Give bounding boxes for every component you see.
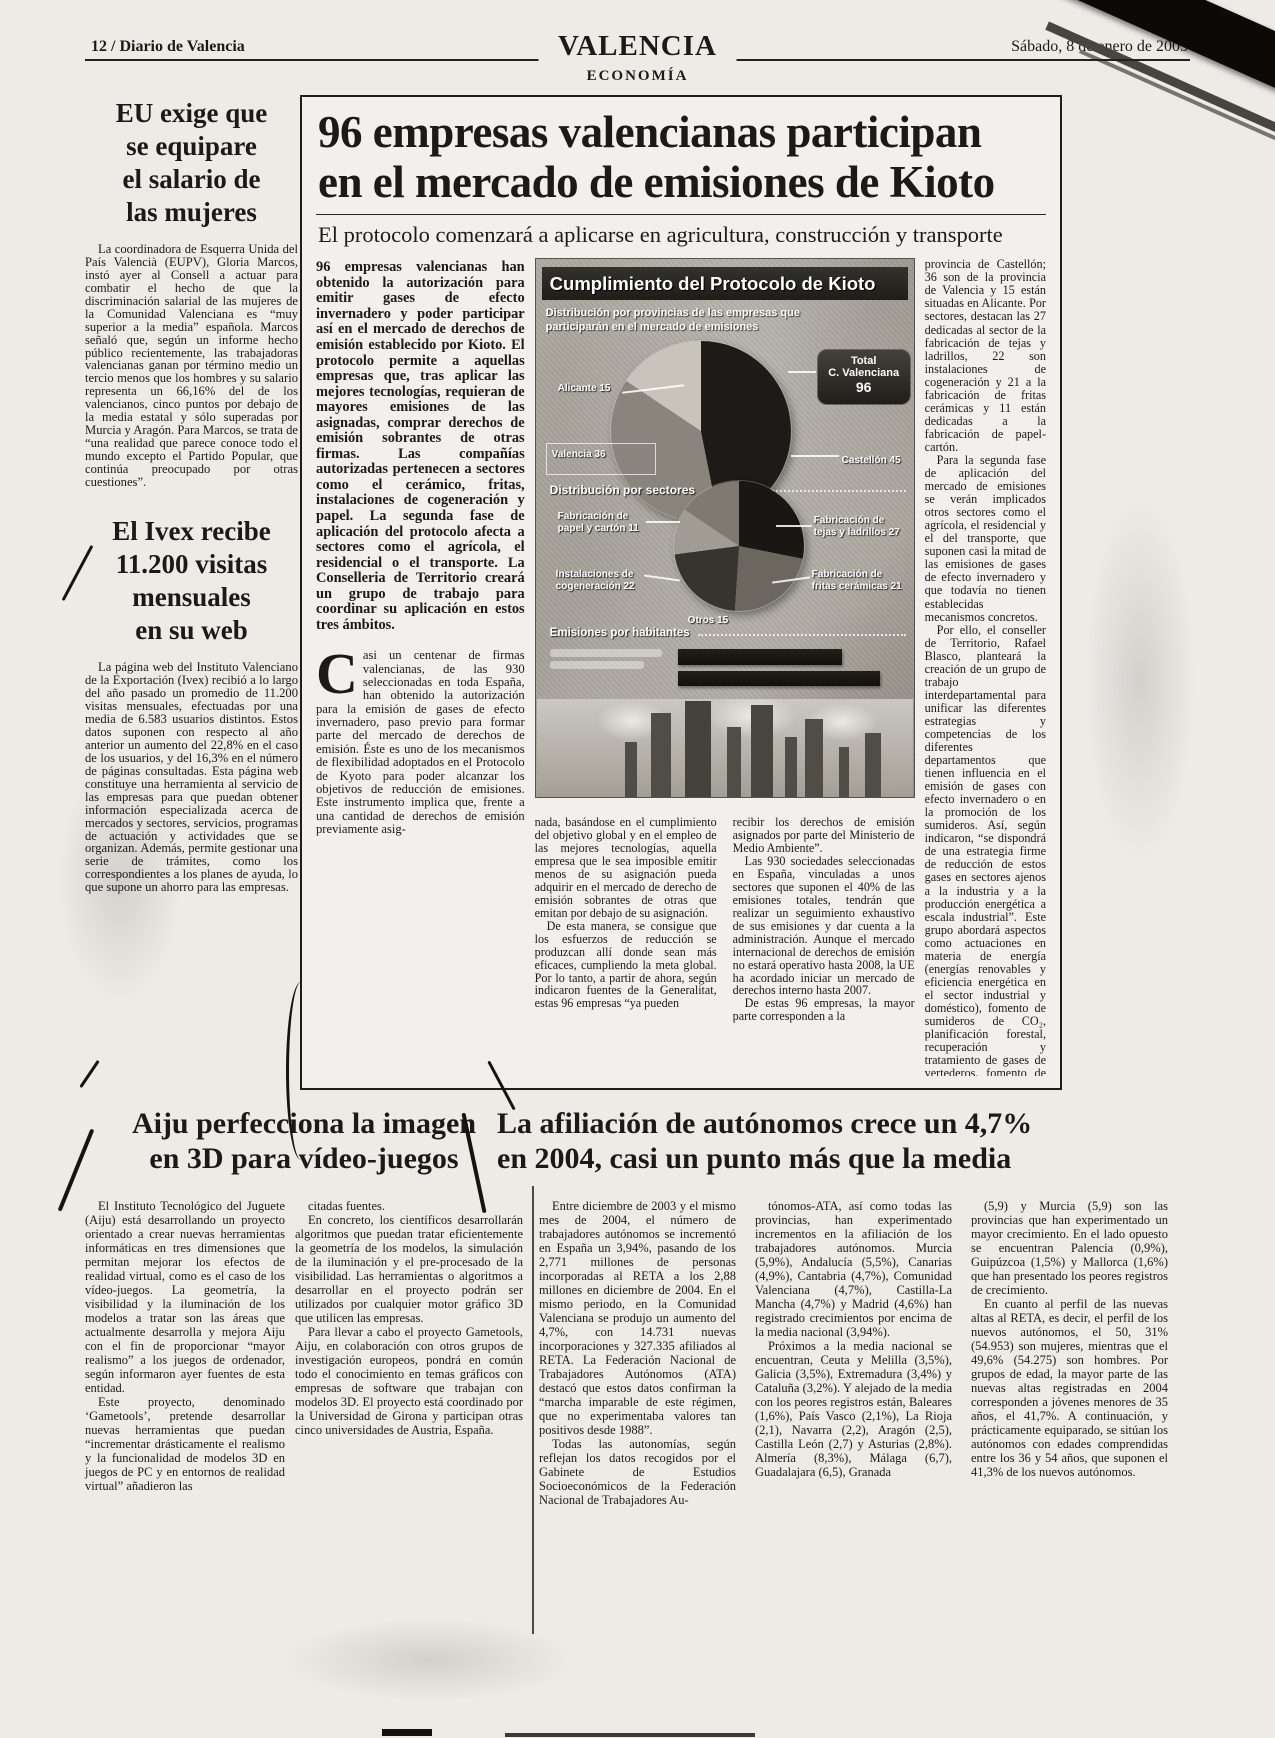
main-article-kioto: 96 empresas valencianas participan en el… — [300, 95, 1062, 1090]
chimney — [685, 701, 711, 797]
leader-line — [791, 455, 839, 457]
text-paragraph: Para la segunda fase de aplicación del m… — [925, 454, 1046, 624]
article-ivex: El Ivex recibe 11.200 visitas mensuales … — [85, 515, 298, 894]
kioto-middle-column: Cumplimiento del Protocolo de Kioto Dist… — [535, 258, 915, 1076]
masthead-subsection: ECONOMÍA — [587, 68, 689, 85]
autonomos-columns: Entre diciembre de 2003 y el mismo mes d… — [539, 1199, 1170, 1507]
bottom-section: Aiju perfecciona la imagen en 3D para ví… — [85, 1100, 1170, 1660]
article-aiju: Aiju perfecciona la imagen en 3D para ví… — [85, 1106, 523, 1493]
kioto-right-column: provincia de Castellón; 36 son de la pro… — [925, 258, 1046, 1076]
headline-line: se equipare — [85, 130, 298, 163]
leader-line — [788, 371, 816, 373]
text-paragraph: tónomos-ATA, así como todas las provinci… — [755, 1199, 952, 1339]
headline-line: 11.200 visitas — [85, 548, 298, 581]
aiju-columns: El Instituto Tecnológico del Juguete (Ai… — [85, 1199, 523, 1493]
leader-line — [644, 575, 680, 581]
pie-label-cogeneracion: Instalaciones de cogeneración 22 — [556, 569, 644, 592]
scan-artifact — [382, 1729, 432, 1736]
pie-label-papel: Fabricación de papel y cartón 11 — [558, 511, 644, 534]
autonomos-headline: La afiliación de autónomos crece un 4,7%… — [497, 1106, 1170, 1177]
newspaper-page: 12 / Diario de Valencia VALENCIA Sábado,… — [0, 0, 1275, 1738]
kioto-lead-paragraph: 96 empresas valencianas han obtenido la … — [316, 260, 525, 633]
text-paragraph: recibir los derechos de emisión asignado… — [733, 816, 915, 855]
infographic-subtitle: Distribución por provincias de las empre… — [546, 307, 846, 335]
headline-line: en el mercado de emisiones de Kioto — [318, 157, 1046, 207]
pie-label-otros: Otros 15 — [688, 615, 729, 627]
kioto-lead-column: 96 empresas valencianas han obtenido la … — [316, 258, 525, 1076]
chimney — [751, 705, 773, 797]
kioto-columns: 96 empresas valencianas han obtenido la … — [316, 258, 1046, 1076]
infographic-title: Cumplimiento del Protocolo de Kioto — [550, 273, 876, 295]
text-paragraph: Próximos a la media nacional se encuentr… — [755, 1339, 952, 1479]
headline-line: 96 empresas valencianas participan — [318, 107, 1046, 157]
text-paragraph: El Instituto Tecnológico del Juguete (Ai… — [85, 1199, 285, 1395]
leader-line — [776, 525, 812, 527]
kioto-subheadline: El protocolo comenzará a aplicarse en ag… — [318, 222, 1046, 248]
headline-line: EU exige que — [85, 97, 298, 130]
pie-label-castellon: Castellón 45 — [842, 455, 912, 467]
chimney — [625, 742, 637, 797]
autonomos-column-3: (5,9) y Murcia (5,9) son las provincias … — [971, 1199, 1168, 1507]
kioto-under-column-1: nada, basándose en el cumplimiento del o… — [535, 816, 717, 1066]
chimney — [727, 727, 741, 797]
text-paragraph: provincia de Castellón; 36 son de la pro… — [925, 258, 1046, 454]
headline-line: mensuales — [85, 581, 298, 614]
article-autonomos: La afiliación de autónomos crece un 4,7%… — [497, 1106, 1170, 1507]
pen-mark — [79, 1060, 99, 1088]
headline-line: La afiliación de autónomos crece un 4,7% — [497, 1106, 1170, 1141]
headline-rule — [316, 214, 1046, 216]
text-paragraph: Este proyecto, denominado ‘Gametools’, p… — [85, 1395, 285, 1493]
chimney — [839, 747, 849, 797]
chimney — [805, 719, 823, 797]
chimney — [651, 713, 671, 797]
masthead-section-title: VALENCIA — [538, 30, 737, 63]
illegible-caption-line — [550, 661, 644, 669]
chimney — [865, 733, 881, 797]
kioto-headline: 96 empresas valencianas participan en el… — [318, 107, 1046, 208]
headline-line: el salario de — [85, 163, 298, 196]
autonomos-column-1: Entre diciembre de 2003 y el mismo mes d… — [539, 1199, 736, 1507]
masthead-page-info: 12 / Diario de Valencia — [91, 38, 245, 56]
total-box-line1: Total — [818, 355, 910, 367]
emissions-bar — [678, 649, 842, 665]
chimney — [785, 737, 797, 797]
text-paragraph: De estas 96 empresas, la mayor parte cor… — [733, 997, 915, 1023]
article-eu-salario: EU exige que se equipare el salario de l… — [85, 97, 298, 489]
text-paragraph: (5,9) y Murcia (5,9) son las provincias … — [971, 1199, 1168, 1297]
kioto-infographic: Cumplimiento del Protocolo de Kioto Dist… — [535, 258, 915, 798]
headline-line: en 2004, casi un punto más que la media — [497, 1141, 1170, 1176]
headline-line: en su web — [85, 614, 298, 647]
eu-body: La coordinadora de Esquerra Unida del Pa… — [85, 243, 298, 489]
left-rail: EU exige que se equipare el salario de l… — [85, 97, 298, 894]
total-box-value: 96 — [818, 379, 910, 395]
kioto-under-columns: nada, basándose en el cumplimiento del o… — [535, 816, 915, 1066]
text-paragraph: En concreto, los científicos desarrollar… — [295, 1213, 523, 1325]
illegible-caption-line — [550, 649, 662, 657]
emissions-section-title: Emisiones por habitantes — [550, 627, 690, 639]
eu-headline: EU exige que se equipare el salario de l… — [85, 97, 298, 229]
text-paragraph: Entre diciembre de 2003 y el mismo mes d… — [539, 1199, 736, 1437]
text-paragraph: citadas fuentes. — [295, 1199, 523, 1213]
text-paragraph: Las 930 sociedades seleccionadas en Espa… — [733, 855, 915, 997]
headline-line: las mujeres — [85, 196, 298, 229]
aiju-column-2: citadas fuentes. En concreto, los cientí… — [295, 1199, 523, 1493]
pie-label-fritas: Fabricación de fritas cerámicas 21 — [812, 569, 908, 592]
drop-cap: C — [316, 649, 363, 697]
emissions-bar — [678, 671, 880, 686]
headline-line: El Ivex recibe — [85, 515, 298, 548]
industry-photo — [537, 699, 913, 797]
sectors-section-title: Distribución por sectores — [550, 483, 695, 497]
kioto-under-column-2: recibir los derechos de emisión asignado… — [733, 816, 915, 1066]
text-paragraph: De esta manera, se consigue que los esfu… — [535, 920, 717, 1011]
masthead: 12 / Diario de Valencia VALENCIA Sábado,… — [85, 30, 1190, 88]
aiju-column-1: El Instituto Tecnológico del Juguete (Ai… — [85, 1199, 285, 1493]
masthead-row: 12 / Diario de Valencia VALENCIA Sábado,… — [85, 30, 1190, 64]
total-box-line2: C. Valenciana — [818, 367, 910, 379]
text-paragraph: nada, basándose en el cumplimiento del o… — [535, 816, 717, 920]
autonomos-column-2: tónomos-ATA, así como todas las provinci… — [755, 1199, 952, 1507]
dotted-rule — [698, 634, 906, 636]
ivex-headline: El Ivex recibe 11.200 visitas mensuales … — [85, 515, 298, 647]
pen-mark — [286, 982, 311, 1160]
leader-line — [646, 521, 680, 523]
scan-smudge — [1060, 420, 1220, 940]
text-paragraph: Por ello, el conseller de Territorio, Ra… — [925, 624, 1046, 1077]
sectors-pie-chart — [674, 481, 804, 611]
kioto-dropcap-paragraph: Casi un centenar de firmas valencianas, … — [316, 649, 525, 836]
text-paragraph: Todas las autonomías, según reflejan los… — [539, 1437, 736, 1507]
total-box: Total C. Valenciana 96 — [817, 349, 911, 405]
ivex-body: La página web del Instituto Valenciano d… — [85, 661, 298, 894]
scan-artifact — [505, 1733, 755, 1737]
infographic-title-bar: Cumplimiento del Protocolo de Kioto — [542, 267, 908, 300]
pie-label-tejas: Fabricación de tejas y ladrillos 27 — [814, 515, 910, 538]
pie-label-alicante: Alicante 15 — [558, 383, 611, 395]
label-bracket — [546, 443, 656, 475]
text-paragraph: Para llevar a cabo el proyecto Gametools… — [295, 1325, 523, 1437]
text-paragraph: En cuanto al perfil de las nuevas altas … — [971, 1297, 1168, 1479]
